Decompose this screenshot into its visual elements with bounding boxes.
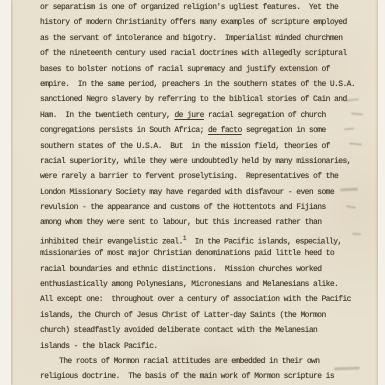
text-segment: In the Pacific islands, especially,	[186, 238, 341, 247]
text-line: London Missionary Society may have regar…	[40, 185, 373, 200]
text-segment: inhibited their evangelistic zeal.	[40, 238, 183, 247]
underlined-term: de jure	[174, 111, 203, 120]
scan-edge-left	[0, 0, 11, 385]
text-segment: among whom they were sent to labour, but…	[40, 218, 321, 227]
text-line: congregations persists in South Africa; …	[40, 123, 373, 138]
text-line: southern states of the U.S.A. But in the…	[40, 139, 373, 154]
text-line: Ham. In the twentieth century, de jure r…	[40, 108, 373, 123]
text-segment: congregations persists in South Africa;	[40, 126, 208, 135]
text-line: islands - the black Pacific.	[40, 339, 373, 354]
text-segment: All except one: throughout over a centur…	[40, 295, 351, 304]
text-line: islands, the Church of Jesus Christ of L…	[40, 308, 373, 323]
text-line: inhibited their evangelistic zeal.1 In t…	[40, 231, 373, 246]
text-segment: of the nineteenth century used racial do…	[40, 49, 347, 58]
text-segment: empire. In the same period, preachers in…	[40, 80, 355, 89]
text-line: among whom they were sent to labour, but…	[40, 215, 373, 230]
text-line: or separatism is one of organized religi…	[40, 0, 373, 15]
text-line: as the servant of intolerance and bigotr…	[40, 31, 373, 46]
text-line: of the nineteenth century used racial do…	[40, 46, 373, 61]
text-line: revulsion - the appearance and customs o…	[40, 200, 373, 215]
text-line: history of modern Christianity offers ma…	[40, 15, 373, 30]
text-segment: southern states of the U.S.A. But in the…	[40, 142, 330, 151]
text-segment: racial superiority, while they were undo…	[40, 157, 351, 166]
text-segment: church) steadfastly avoided deliberate c…	[40, 326, 317, 335]
text-segment: or separatism is one of organized religi…	[40, 3, 338, 12]
text-line: racial boundaries and ethnic distinction…	[40, 262, 373, 277]
text-segment: revulsion - the appearance and customs o…	[40, 203, 326, 212]
text-segment: history of modern Christianity offers ma…	[40, 18, 347, 27]
text-segment: London Missionary Society may have regar…	[40, 188, 334, 197]
text-line: The roots of Mormon racial attitudes are…	[40, 354, 373, 369]
text-segment: The roots of Mormon racial attitudes are…	[59, 357, 319, 366]
text-line: religious doctrine. The basis of the mai…	[40, 369, 373, 384]
text-segment: islands - the black Pacific.	[40, 342, 158, 351]
text-segment: as the servant of intolerance and bigotr…	[40, 34, 342, 43]
text-segment: enthusiastically among Polynesians, Micr…	[40, 280, 338, 289]
text-segment: racial boundaries and ethnic distinction…	[40, 265, 321, 274]
text-line: church) steadfastly avoided deliberate c…	[40, 323, 373, 338]
scan-edge-right	[378, 0, 385, 385]
text-segment: Ham. In the twentieth century,	[40, 111, 174, 120]
text-segment: islands, the Church of Jesus Christ of L…	[40, 311, 326, 320]
text-line: bases to bolster notions of racial supre…	[40, 62, 373, 77]
text-segment: were rarely a barrier to fervent prosely…	[40, 172, 338, 181]
text-segment: sanctioned Negro slavery by referring to…	[40, 95, 347, 104]
text-segment: segregation in some	[242, 126, 326, 135]
text-line: were rarely a barrier to fervent prosely…	[40, 169, 373, 184]
text-line: missionaries of most major Christian den…	[40, 246, 373, 261]
text-line: enthusiastically among Polynesians, Micr…	[40, 277, 373, 292]
text-line: sanctioned Negro slavery by referring to…	[40, 92, 373, 107]
text-segment: religious doctrine. The basis of the mai…	[40, 372, 334, 381]
text-segment: racial segregation of church	[204, 111, 326, 120]
text-line: All except one: throughout over a centur…	[40, 292, 373, 307]
underlined-term: de facto	[208, 126, 242, 135]
text-line: empire. In the same period, preachers in…	[40, 77, 373, 92]
text-block: or separatism is one of organized religi…	[40, 0, 373, 385]
scanned-document-page: or separatism is one of organized religi…	[0, 0, 385, 385]
text-segment: bases to bolster notions of racial supre…	[40, 65, 330, 74]
text-segment: missionaries of most major Christian den…	[40, 249, 334, 258]
text-line: racial superiority, while they were undo…	[40, 154, 373, 169]
